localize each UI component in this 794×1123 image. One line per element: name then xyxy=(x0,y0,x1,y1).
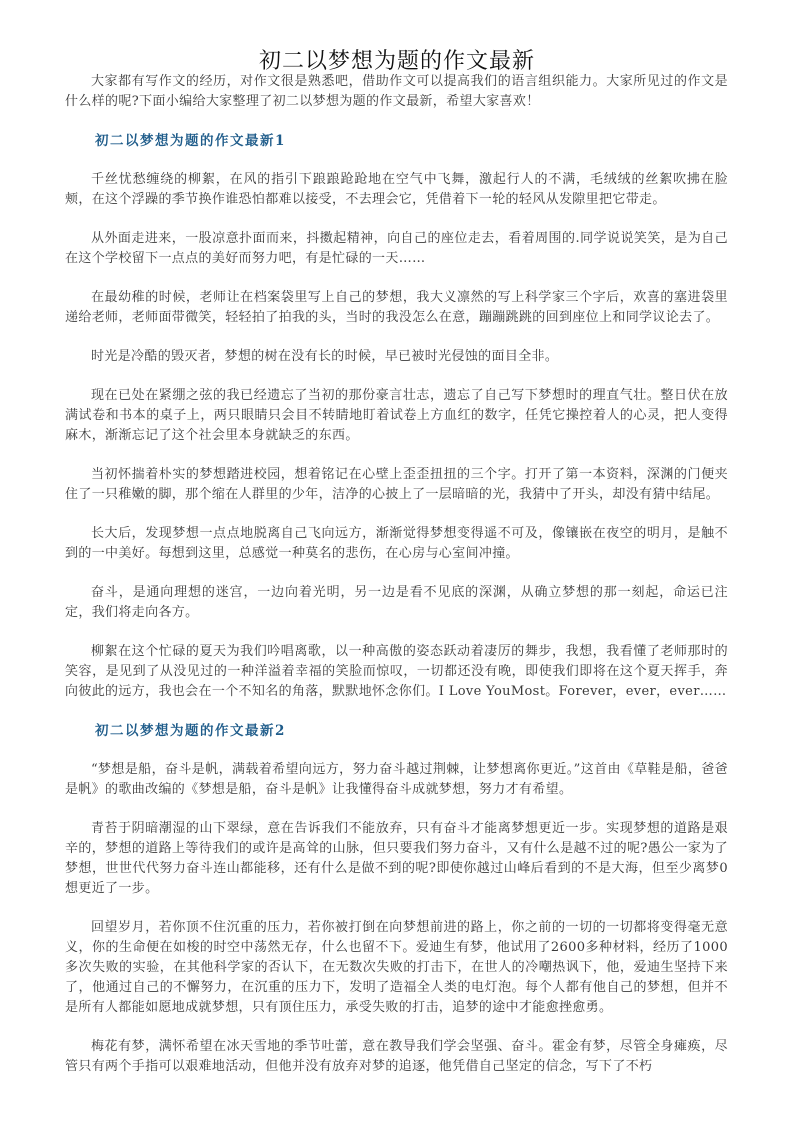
paragraph: 长大后，发现梦想一点点地脱离自己飞向远方，渐渐觉得梦想变得遥不可及，像镶嵌在夜空… xyxy=(65,524,728,564)
intro-paragraph: 大家都有写作文的经历，对作文很是熟悉吧，借助作文可以提高我们的语言组织能力。大家… xyxy=(65,72,728,112)
section-heading-2: 初二以梦想为题的作文最新2 xyxy=(65,721,728,741)
paragraph: 青苔于阴暗潮湿的山下翠绿，意在告诉我们不能放弃，只有奋斗才能离梦想更近一步。实现… xyxy=(65,819,728,899)
paragraph: 现在已处在紧绷之弦的我已经遗忘了当初的那份豪言壮志，遗忘了自己写下梦想时的理直气… xyxy=(65,386,728,446)
document-page: 初二以梦想为题的作文最新 大家都有写作文的经历，对作文很是熟悉吧，借助作文可以提… xyxy=(0,0,794,1123)
paragraph: 当初怀揣着朴实的梦想踏进校园，想着铭记在心壁上歪歪扭扭的三个字。打开了第一本资料… xyxy=(65,465,728,505)
paragraph: 时光是冷酷的毁灭者，梦想的树在没有长的时候，早已被时光侵蚀的面目全非。 xyxy=(65,347,728,367)
paragraph: 回望岁月，若你顶不住沉重的压力，若你被打倒在向梦想前进的路上，你之前的一切的一切… xyxy=(65,918,728,1018)
paragraph: “梦想是船，奋斗是帆，满载着希望向远方，努力奋斗越过荆棘，让梦想离你更近。”这首… xyxy=(65,760,728,800)
paragraph: 奋斗，是通向理想的迷宫，一边向着光明，另一边是看不见底的深渊，从确立梦想的那一刻… xyxy=(65,583,728,623)
paragraph: 千丝忧愁缠绕的柳絮，在风的指引下踉踉跄跄地在空气中飞舞，激起行人的不满，毛绒绒的… xyxy=(65,170,728,210)
document-body: 大家都有写作文的经历，对作文很是熟悉吧，借助作文可以提高我们的语言组织能力。大家… xyxy=(65,72,728,1096)
paragraph: 柳絮在这个忙碌的夏天为我们吟唱离歌，以一种高傲的姿态跃动着凄厉的舞步，我想，我看… xyxy=(65,642,728,702)
paragraph: 从外面走进来，一股凉意扑面而来，抖擞起精神，向自己的座位走去，看着周围的.同学说… xyxy=(65,229,728,269)
paragraph: 梅花有梦，满怀希望在冰天雪地的季节吐蕾，意在教导我们学会坚强、奋斗。霍金有梦，尽… xyxy=(65,1037,728,1077)
section-heading-1: 初二以梦想为题的作文最新1 xyxy=(65,131,728,151)
paragraph: 在最幼稚的时候，老师让在档案袋里写上自己的梦想，我大义凛然的写上科学家三个字后，… xyxy=(65,288,728,328)
